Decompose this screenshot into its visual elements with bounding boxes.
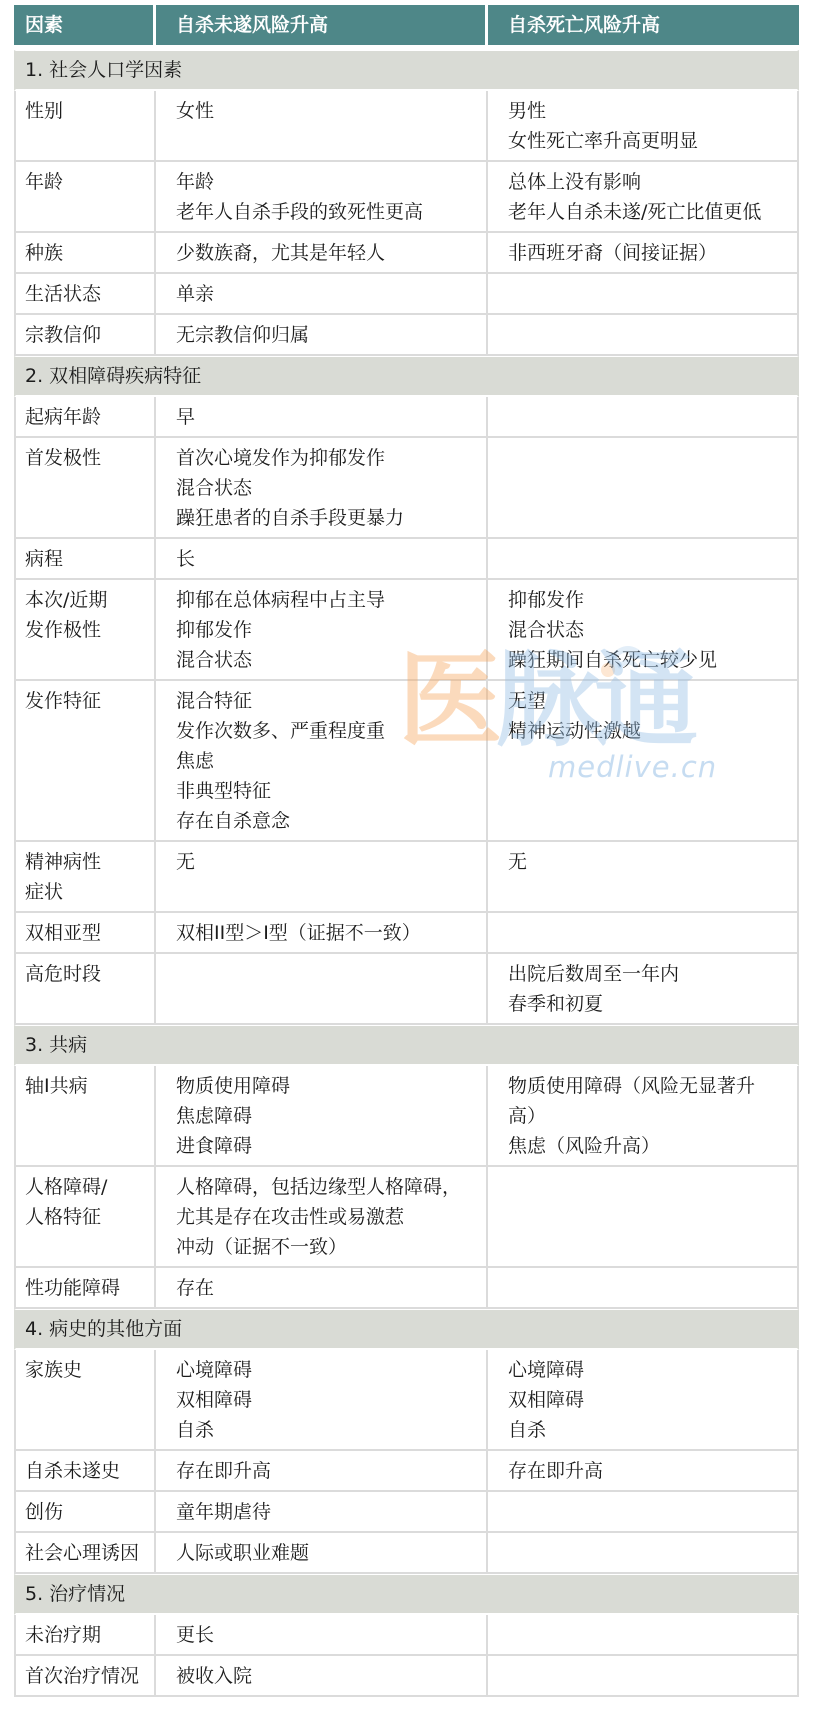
table-row: 首次治疗情况被收入院 xyxy=(14,1656,799,1697)
col-header-death-risk: 自杀死亡风险升高 xyxy=(488,5,799,50)
col-header-attempt-risk: 自杀未遂风险升高 xyxy=(156,5,488,50)
death-risk-cell xyxy=(488,1492,799,1533)
attempt-risk-cell: 存在即升高 xyxy=(156,1451,488,1492)
death-risk-cell xyxy=(488,315,799,356)
death-risk-cell xyxy=(488,438,799,539)
table-row: 性别女性男性 女性死亡率升高更明显 xyxy=(14,91,799,162)
attempt-risk-cell: 存在 xyxy=(156,1268,488,1309)
factor-cell: 高危时段 xyxy=(14,954,156,1025)
attempt-risk-cell: 抑郁在总体病程中占主导 抑郁发作 混合状态 xyxy=(156,580,488,681)
factor-cell: 未治疗期 xyxy=(14,1615,156,1656)
factor-cell: 发作特征 xyxy=(14,681,156,842)
death-risk-cell xyxy=(488,274,799,315)
death-risk-cell xyxy=(488,1268,799,1309)
factor-cell: 首发极性 xyxy=(14,438,156,539)
death-risk-cell xyxy=(488,1167,799,1268)
attempt-risk-cell: 更长 xyxy=(156,1615,488,1656)
factor-cell: 双相亚型 xyxy=(14,913,156,954)
attempt-risk-cell: 双相II型＞I型（证据不一致） xyxy=(156,913,488,954)
attempt-risk-cell: 童年期虐待 xyxy=(156,1492,488,1533)
factor-cell: 精神病性 症状 xyxy=(14,842,156,913)
death-risk-cell: 物质使用障碍（风险无显著升高） 焦虑（风险升高） xyxy=(488,1066,799,1167)
attempt-risk-cell: 人格障碍，包括边缘型人格障碍， 尤其是存在攻击性或易激惹 冲动（证据不一致） xyxy=(156,1167,488,1268)
attempt-risk-cell: 被收入院 xyxy=(156,1656,488,1697)
attempt-risk-cell: 混合特征 发作次数多、严重程度重 焦虑 非典型特征 存在自杀意念 xyxy=(156,681,488,842)
section-row: 1. 社会人口学因素 xyxy=(14,50,799,91)
factor-cell: 自杀未遂史 xyxy=(14,1451,156,1492)
attempt-risk-cell: 人际或职业难题 xyxy=(156,1533,488,1574)
attempt-risk-cell: 年龄 老年人自杀手段的致死性更高 xyxy=(156,162,488,233)
table-row: 高危时段出院后数周至一年内 春季和初夏 xyxy=(14,954,799,1025)
table-row: 年龄年龄 老年人自杀手段的致死性更高总体上没有影响 老年人自杀未遂/死亡比值更低 xyxy=(14,162,799,233)
table-row: 起病年龄早 xyxy=(14,397,799,438)
factor-cell: 家族史 xyxy=(14,1350,156,1451)
table-row: 社会心理诱因人际或职业难题 xyxy=(14,1533,799,1574)
death-risk-cell: 男性 女性死亡率升高更明显 xyxy=(488,91,799,162)
attempt-risk-cell: 无宗教信仰归属 xyxy=(156,315,488,356)
table-row: 轴I共病物质使用障碍 焦虑障碍 进食障碍物质使用障碍（风险无显著升高） 焦虑（风… xyxy=(14,1066,799,1167)
factor-cell: 本次/近期 发作极性 xyxy=(14,580,156,681)
death-risk-cell: 总体上没有影响 老年人自杀未遂/死亡比值更低 xyxy=(488,162,799,233)
factor-cell: 病程 xyxy=(14,539,156,580)
section-title: 1. 社会人口学因素 xyxy=(14,50,799,91)
attempt-risk-cell: 物质使用障碍 焦虑障碍 进食障碍 xyxy=(156,1066,488,1167)
factor-cell: 社会心理诱因 xyxy=(14,1533,156,1574)
factor-cell: 年龄 xyxy=(14,162,156,233)
factor-cell: 性功能障碍 xyxy=(14,1268,156,1309)
factor-cell: 首次治疗情况 xyxy=(14,1656,156,1697)
col-header-factor: 因素 xyxy=(14,5,156,50)
table-row: 人格障碍/ 人格特征人格障碍，包括边缘型人格障碍， 尤其是存在攻击性或易激惹 冲… xyxy=(14,1167,799,1268)
table-row: 宗教信仰无宗教信仰归属 xyxy=(14,315,799,356)
attempt-risk-cell xyxy=(156,954,488,1025)
factor-cell: 起病年龄 xyxy=(14,397,156,438)
table-row: 双相亚型双相II型＞I型（证据不一致） xyxy=(14,913,799,954)
risk-factor-table-container: 因素 自杀未遂风险升高 自杀死亡风险升高 1. 社会人口学因素性别女性男性 女性… xyxy=(14,5,799,1697)
death-risk-cell: 非西班牙裔（间接证据） xyxy=(488,233,799,274)
death-risk-cell xyxy=(488,1533,799,1574)
factor-cell: 生活状态 xyxy=(14,274,156,315)
section-title: 4. 病史的其他方面 xyxy=(14,1309,799,1350)
section-title: 3. 共病 xyxy=(14,1025,799,1066)
table-row: 家族史心境障碍 双相障碍 自杀心境障碍 双相障碍 自杀 xyxy=(14,1350,799,1451)
factor-cell: 创伤 xyxy=(14,1492,156,1533)
factor-cell: 宗教信仰 xyxy=(14,315,156,356)
table-row: 性功能障碍存在 xyxy=(14,1268,799,1309)
death-risk-cell xyxy=(488,913,799,954)
attempt-risk-cell: 单亲 xyxy=(156,274,488,315)
table-row: 首发极性首次心境发作为抑郁发作 混合状态 躁狂患者的自杀手段更暴力 xyxy=(14,438,799,539)
section-row: 3. 共病 xyxy=(14,1025,799,1066)
risk-factors-table: 因素 自杀未遂风险升高 自杀死亡风险升高 1. 社会人口学因素性别女性男性 女性… xyxy=(14,5,799,1697)
attempt-risk-cell: 心境障碍 双相障碍 自杀 xyxy=(156,1350,488,1451)
table-row: 精神病性 症状无无 xyxy=(14,842,799,913)
death-risk-cell: 抑郁发作 混合状态 躁狂期间自杀死亡较少见 xyxy=(488,580,799,681)
death-risk-cell xyxy=(488,397,799,438)
table-row: 本次/近期 发作极性抑郁在总体病程中占主导 抑郁发作 混合状态抑郁发作 混合状态… xyxy=(14,580,799,681)
attempt-risk-cell: 早 xyxy=(156,397,488,438)
death-risk-cell xyxy=(488,1656,799,1697)
death-risk-cell: 存在即升高 xyxy=(488,1451,799,1492)
attempt-risk-cell: 首次心境发作为抑郁发作 混合状态 躁狂患者的自杀手段更暴力 xyxy=(156,438,488,539)
death-risk-cell: 无 xyxy=(488,842,799,913)
table-row: 生活状态单亲 xyxy=(14,274,799,315)
death-risk-cell: 出院后数周至一年内 春季和初夏 xyxy=(488,954,799,1025)
table-row: 病程长 xyxy=(14,539,799,580)
factor-cell: 性别 xyxy=(14,91,156,162)
death-risk-cell: 无望 精神运动性激越 xyxy=(488,681,799,842)
death-risk-cell xyxy=(488,1615,799,1656)
attempt-risk-cell: 无 xyxy=(156,842,488,913)
factor-cell: 人格障碍/ 人格特征 xyxy=(14,1167,156,1268)
table-row: 种族少数族裔，尤其是年轻人非西班牙裔（间接证据） xyxy=(14,233,799,274)
table-row: 发作特征混合特征 发作次数多、严重程度重 焦虑 非典型特征 存在自杀意念无望 精… xyxy=(14,681,799,842)
section-title: 2. 双相障碍疾病特征 xyxy=(14,356,799,397)
table-row: 未治疗期更长 xyxy=(14,1615,799,1656)
table-body: 1. 社会人口学因素性别女性男性 女性死亡率升高更明显年龄年龄 老年人自杀手段的… xyxy=(14,50,799,1697)
factor-cell: 轴I共病 xyxy=(14,1066,156,1167)
table-row: 创伤童年期虐待 xyxy=(14,1492,799,1533)
death-risk-cell: 心境障碍 双相障碍 自杀 xyxy=(488,1350,799,1451)
attempt-risk-cell: 女性 xyxy=(156,91,488,162)
table-row: 自杀未遂史存在即升高存在即升高 xyxy=(14,1451,799,1492)
section-title: 5. 治疗情况 xyxy=(14,1574,799,1615)
header-row: 因素 自杀未遂风险升高 自杀死亡风险升高 xyxy=(14,5,799,50)
section-row: 5. 治疗情况 xyxy=(14,1574,799,1615)
section-row: 2. 双相障碍疾病特征 xyxy=(14,356,799,397)
attempt-risk-cell: 长 xyxy=(156,539,488,580)
attempt-risk-cell: 少数族裔，尤其是年轻人 xyxy=(156,233,488,274)
factor-cell: 种族 xyxy=(14,233,156,274)
death-risk-cell xyxy=(488,539,799,580)
section-row: 4. 病史的其他方面 xyxy=(14,1309,799,1350)
